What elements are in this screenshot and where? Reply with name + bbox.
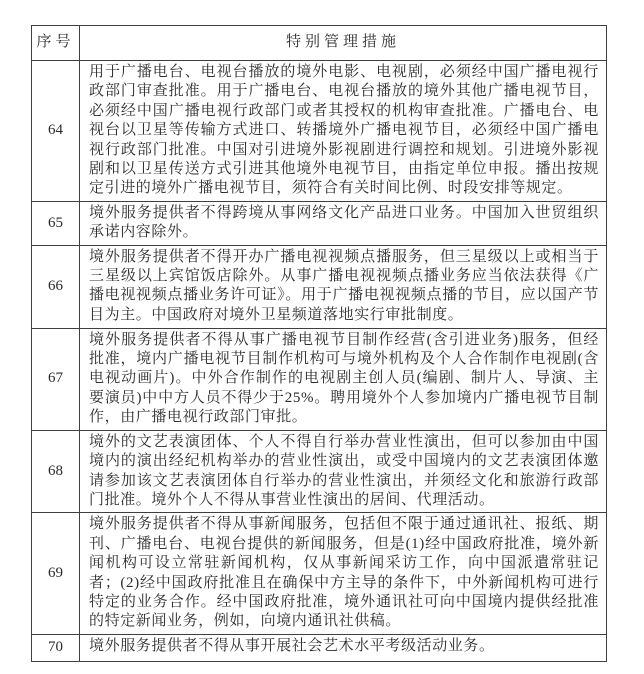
measure-text-cell: 境外服务提供者不得跨境从事网络文化产品进口业务。中国加入世贸组织承诺内容除外。 [80, 201, 607, 245]
serial-number-cell: 64 [32, 61, 80, 202]
measure-text-cell: 境外服务提供者不得开办广播电视视频点播服务，但三星级以上或相当于三星级以上宾馆饭… [80, 245, 607, 328]
table-row: 65 境外服务提供者不得跨境从事网络文化产品进口业务。中国加入世贸组织承诺内容除… [32, 201, 607, 245]
measure-text-cell: 境外服务提供者不得从事广播电视节目制作经营(含引进业务)服务，但经批准，境内广播… [80, 328, 607, 430]
serial-number-cell: 68 [32, 430, 80, 513]
measure-text-cell: 境外的文艺表演团体、个人不得自行举办营业性演出，但可以参加由中国境内的演出经纪机… [80, 430, 607, 513]
serial-number-cell: 70 [32, 634, 80, 661]
table-row: 68 境外的文艺表演团体、个人不得自行举办营业性演出，但可以参加由中国境内的演出… [32, 430, 607, 513]
header-serial-number: 序号 [32, 26, 80, 61]
table-row: 70 境外服务提供者不得从事开展社会艺术水平考级活动业务。 [32, 634, 607, 661]
document-page: 序号 特别管理措施 64 用于广播电台、电视台播放的境外电影、电视剧，必须经中国… [0, 0, 644, 674]
special-measures-table: 序号 特别管理措施 64 用于广播电台、电视台播放的境外电影、电视剧，必须经中国… [31, 25, 607, 662]
serial-number-cell: 69 [32, 513, 80, 634]
serial-number-cell: 65 [32, 201, 80, 245]
table-row: 66 境外服务提供者不得开办广播电视视频点播服务，但三星级以上或相当于三星级以上… [32, 245, 607, 328]
measure-text-cell: 用于广播电台、电视台播放的境外电影、电视剧，必须经中国广播电视行政部门审查批准。… [80, 61, 607, 202]
table-row: 67 境外服务提供者不得从事广播电视节目制作经营(含引进业务)服务，但经批准，境… [32, 328, 607, 430]
serial-number-cell: 66 [32, 245, 80, 328]
measure-text-cell: 境外服务提供者不得从事新闻服务，包括但不限于通过通讯社、报纸、期刊、广播电台、电… [80, 513, 607, 634]
measure-text-cell: 境外服务提供者不得从事开展社会艺术水平考级活动业务。 [80, 634, 607, 661]
table-header-row: 序号 特别管理措施 [32, 26, 607, 61]
table-row: 64 用于广播电台、电视台播放的境外电影、电视剧，必须经中国广播电视行政部门审查… [32, 61, 607, 202]
header-special-measures: 特别管理措施 [80, 26, 607, 61]
table-row: 69 境外服务提供者不得从事新闻服务，包括但不限于通过通讯社、报纸、期刊、广播电… [32, 513, 607, 634]
serial-number-cell: 67 [32, 328, 80, 430]
